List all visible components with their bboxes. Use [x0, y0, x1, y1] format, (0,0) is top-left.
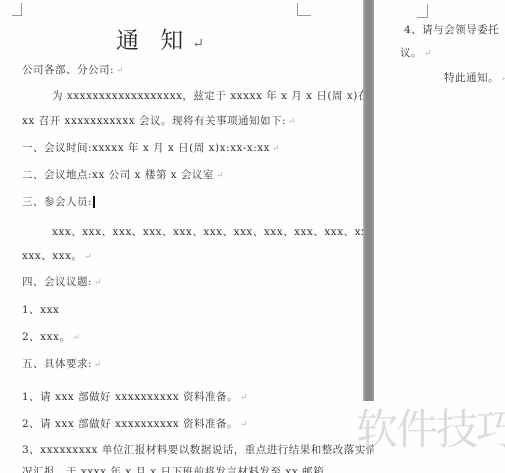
doc-line-intro-1[interactable]: 为 xxxxxxxxxxxxxxxxxx，兹定于 xxxxx 年 x 月 x 日…	[52, 90, 369, 103]
doc-line-requirement-2[interactable]: 2、请 xxx 部做好 xxxxxxxxxx 资料准备。↵	[22, 418, 248, 432]
doc-line-salutation[interactable]: 公司各部、分公司:↵	[22, 64, 124, 78]
doc-line-requirement-4b[interactable]: 议。↵	[400, 47, 432, 61]
doc-line-attendees-2[interactable]: xxx、xxx。↵	[22, 250, 92, 264]
paragraph-mark-icon: ↵	[94, 278, 102, 288]
doc-line-requirements-label[interactable]: 五、具体要求:↵	[22, 358, 102, 372]
site-watermark: 软件技巧	[356, 406, 505, 454]
paragraph-mark-icon: ↵	[501, 74, 505, 84]
doc-line-agenda-1[interactable]: 1、xxx	[22, 304, 59, 317]
paragraph-mark-icon: ↵	[192, 36, 204, 52]
text-cursor	[93, 196, 95, 208]
document-title[interactable]: 通 知↵	[22, 22, 298, 55]
page-1[interactable]: 通 知↵ 公司各部、分公司:↵ 为 xxxxxxxxxxxxxxxxxx，兹定于…	[0, 0, 363, 473]
paragraph-mark-icon: ↵	[240, 420, 248, 430]
paragraph-mark-icon: ↵	[424, 49, 432, 59]
doc-line-attendees-label[interactable]: 三、参会人员:	[22, 196, 95, 209]
paragraph-mark-icon: ↵	[72, 333, 80, 343]
doc-line-requirement-3b[interactable]: 况汇报，于 xxxx 年 x 月 x 日下班前将发言材料发至 xx 邮箱。	[22, 466, 335, 473]
paragraph-mark-icon: ↵	[116, 66, 124, 76]
doc-line-requirement-4a[interactable]: 4、请与会领导委托	[404, 24, 499, 37]
page-gap-divider	[363, 0, 374, 401]
doc-line-requirement-3a[interactable]: 3、xxxxxxxxx 单位汇报材料要以数据说话，重点进行结果和整改落实情	[22, 444, 377, 457]
doc-line-attendees-1[interactable]: xxx、xxx、xxx、xxx、xxx、xxx、xxx、xxx、xxx、xxx、…	[52, 226, 385, 239]
doc-line-meeting-place[interactable]: 二、会议地点:xx 公司 x 楼第 x 会议室↵	[22, 169, 223, 183]
doc-line-intro-2[interactable]: xx 召开 xxxxxxxxxxx 会议。现将有关事项通知如下:↵	[22, 115, 296, 129]
doc-line-closing[interactable]: 特此通知。↵	[444, 72, 505, 86]
doc-line-agenda-label[interactable]: 四、会议议题:↵	[22, 276, 102, 290]
paragraph-mark-icon: ↵	[272, 144, 280, 154]
margin-cropmark-top-left-icon	[417, 4, 428, 18]
margin-cropmark-top-left-icon	[12, 3, 22, 16]
paragraph-mark-icon: ↵	[288, 117, 296, 127]
doc-line-agenda-2[interactable]: 2、xxx。↵	[22, 331, 80, 345]
word-document-view: 通 知↵ 公司各部、分公司:↵ 为 xxxxxxxxxxxxxxxxxx，兹定于…	[0, 0, 505, 473]
paragraph-mark-icon: ↵	[94, 360, 102, 370]
margin-cropmark-top-right-icon	[297, 3, 311, 16]
paragraph-mark-icon: ↵	[85, 252, 93, 262]
title-text: 通 知	[116, 28, 190, 54]
page-2[interactable]: 4、请与会领导委托 议。↵ 特此通知。↵	[374, 0, 505, 473]
doc-line-requirement-1[interactable]: 1、请 xxx 部做好 xxxxxxxxxx 资料准备。↵	[22, 391, 248, 405]
doc-line-meeting-time[interactable]: 一、会议时间:xxxxx 年 x 月 x 日(周 x)x:xx-x:xx↵	[22, 142, 280, 156]
paragraph-mark-icon: ↵	[216, 171, 224, 181]
paragraph-mark-icon: ↵	[240, 393, 248, 403]
